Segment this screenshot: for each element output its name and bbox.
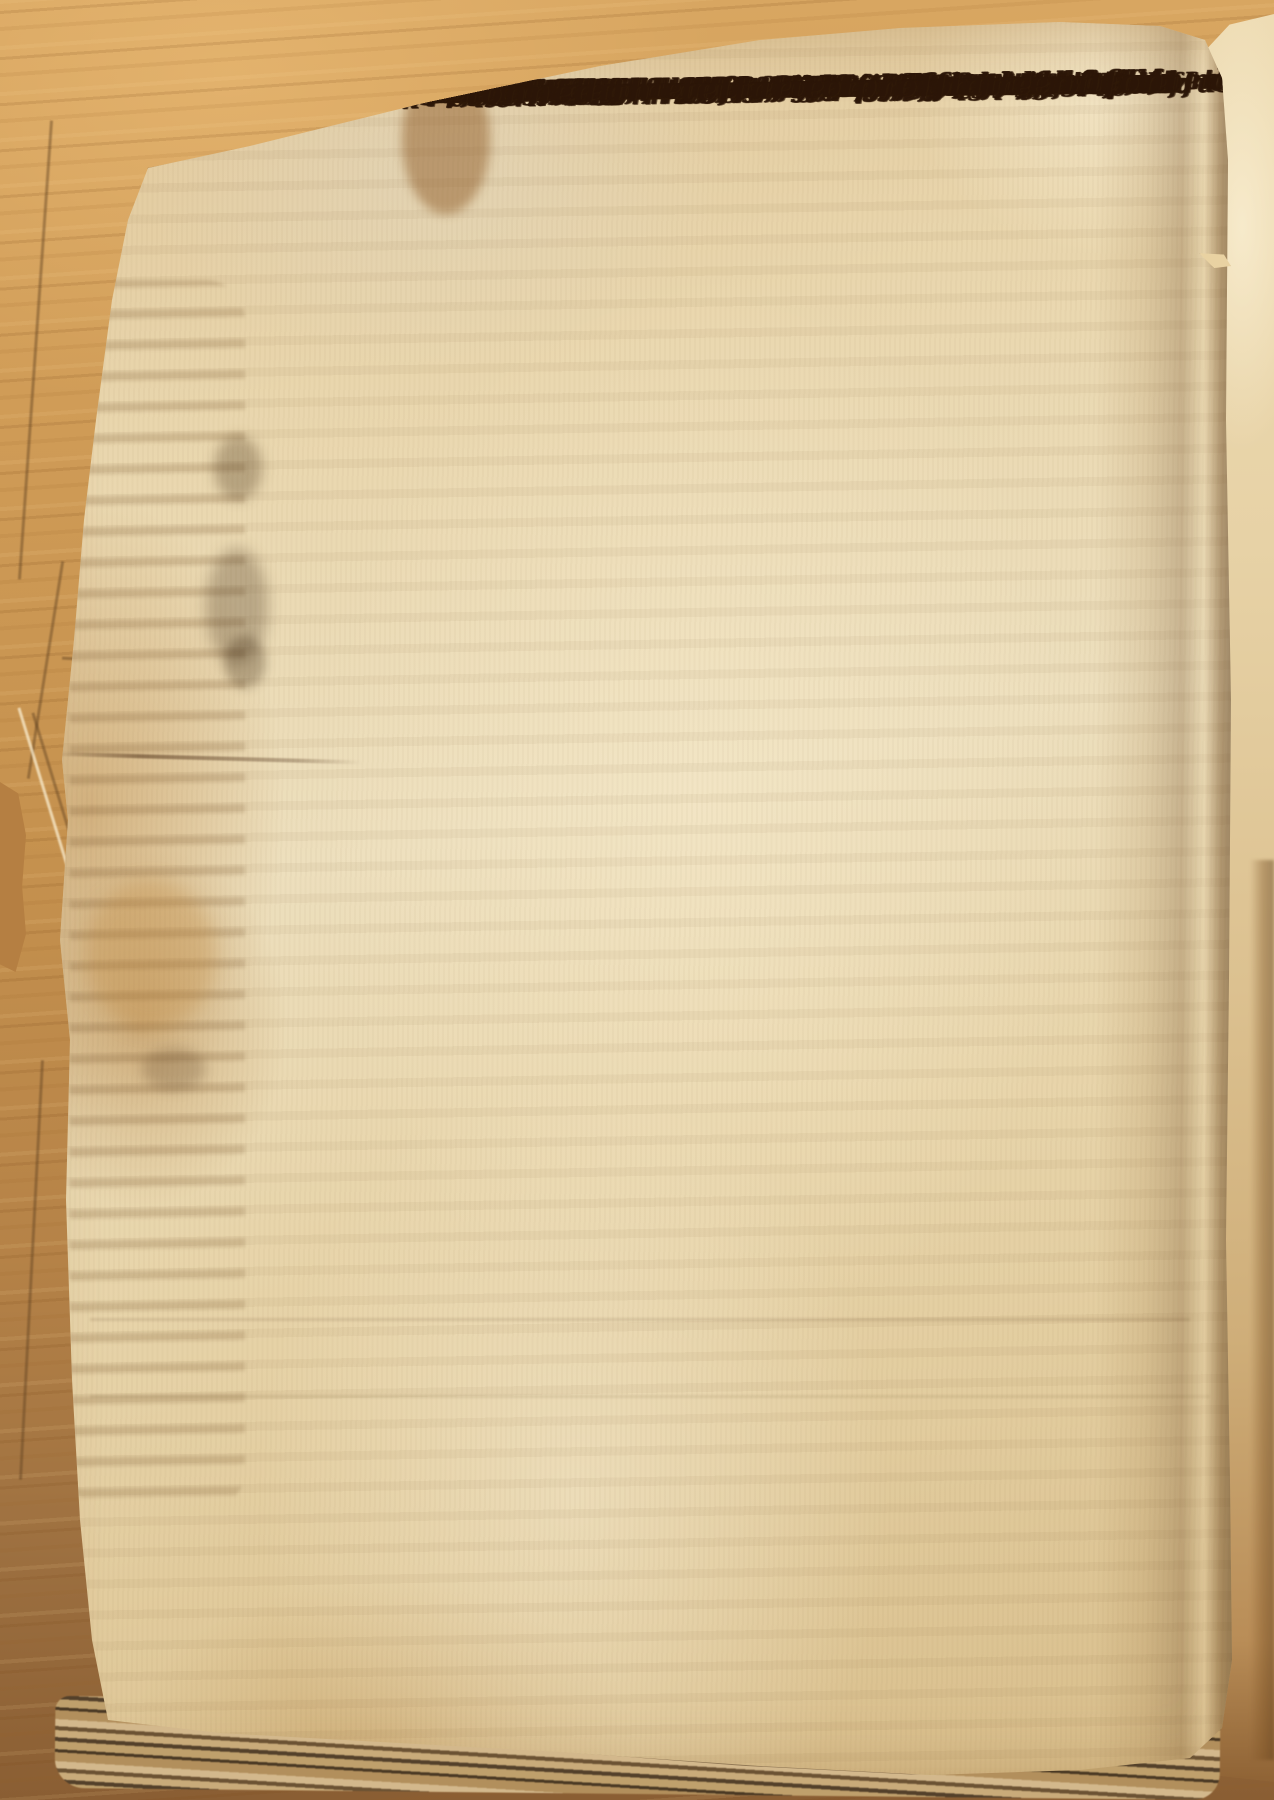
manuscript-page: temps que aue ottepadtſ aloppe de mayſon… [0,0,1274,1800]
far-leaf-edge-shadow [1250,860,1274,1760]
text-block: temps que aue ottepadtſ aloppe de mayſon… [236,66,1134,1338]
photograph-of-manuscript: temps que aue ottepadtſ aloppe de mayſon… [0,0,1274,1800]
struck-word: reſtme [236,76,350,108]
ink-stain [462,48,490,92]
